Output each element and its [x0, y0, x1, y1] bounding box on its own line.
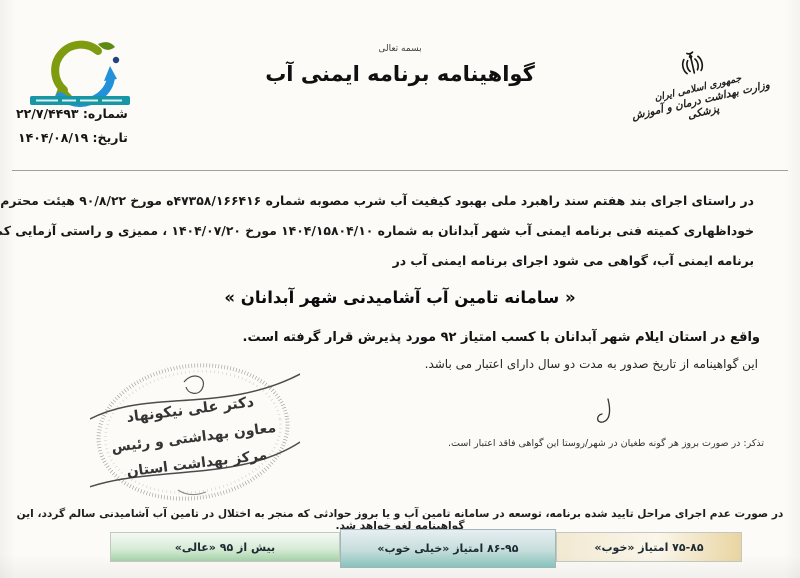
- bismillah-text: بسمه تعالی: [0, 44, 800, 54]
- header-divider: [12, 170, 788, 171]
- handwritten-mark-icon: [592, 396, 618, 430]
- body-line-2: خوداظهاری کمیته فنی برنامه ایمنی آب شهر …: [50, 216, 754, 246]
- body-line-1: در راستای اجرای بند هفتم سند راهبرد ملی …: [50, 186, 754, 216]
- signature-stamp: دکتر علی نیکونهاد معاون بهداشتی و رئیس م…: [90, 360, 300, 508]
- rating-cell-good: ۷۵-۸۵ امتیاز «خوب»: [556, 532, 742, 562]
- water-system-name: « سامانه تامین آب آشامیدنی شهر آبدانان »: [0, 288, 800, 307]
- stamp-office: مرکز بهداشت استان: [126, 447, 268, 480]
- rating-cell-excellent: بیش از ۹۵ «عالی»: [110, 532, 340, 562]
- letter-date: تاریخ: ۱۴۰۴/۰۸/۱۹: [16, 130, 128, 145]
- letter-number: شماره: ۲۲/۷/۴۴۹۳: [16, 106, 128, 121]
- certificate-title: گواهینامه برنامه ایمنی آب: [0, 62, 800, 86]
- stamp-official-name: دکتر علی نیکونهاد: [126, 394, 255, 426]
- score-statement: واقع در استان ایلام شهر آبدانان با کسب ا…: [243, 330, 761, 345]
- certificate-scan: جمهوری اسلامی ایران وزارت بهداشت درمان و…: [0, 0, 800, 578]
- rating-scale: ۷۵-۸۵ امتیاز «خوب» ۸۶-۹۵ امتیاز «خیلی خو…: [116, 532, 742, 562]
- body-line-3: برنامه ایمنی آب، گواهی می شود اجرای برنا…: [50, 246, 754, 276]
- body-paragraph: در راستای اجرای بند هفتم سند راهبرد ملی …: [50, 186, 754, 276]
- validity-statement: این گواهینامه از تاریخ صدور به مدت دو سا…: [425, 357, 758, 371]
- stamp-icon: دکتر علی نیکونهاد معاون بهداشتی و رئیس م…: [90, 360, 300, 508]
- letter-meta: شماره: ۲۲/۷/۴۴۹۳ تاریخ: ۱۴۰۴/۰۸/۱۹: [16, 106, 128, 154]
- remark-note: تذکر: در صورت بروز هر گونه طغیان در شهر/…: [448, 438, 764, 449]
- rating-cell-very-good: ۸۶-۹۵ امتیاز «خیلی خوب»: [340, 529, 556, 568]
